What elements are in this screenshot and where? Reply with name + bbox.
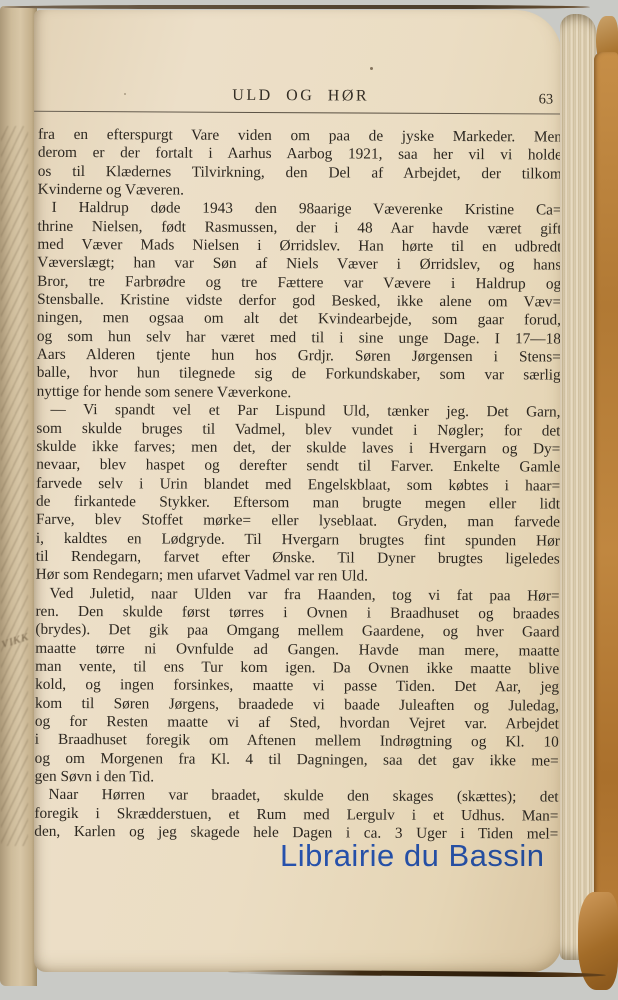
page-header: ULD OG HØR 63 xyxy=(38,86,563,109)
paper-speck xyxy=(124,93,126,95)
body-text: fra en efterspurgt Vare viden om paa de … xyxy=(34,126,562,844)
book-photo: VIKK ULD OG HØR 63 fra en efterspurgt Va… xyxy=(0,0,618,1000)
watermark: Librairie du Bassin xyxy=(280,838,545,874)
text-line: Farve, blev Stoffet mørke= eller lysebla… xyxy=(36,511,560,532)
text-line: nevaar, blev haspet og derefter sendt ti… xyxy=(36,456,560,477)
header-rule xyxy=(34,111,562,115)
paper-speck xyxy=(370,67,373,70)
page-content: ULD OG HØR 63 fra en efterspurgt Vare vi… xyxy=(30,10,563,975)
text-line: balle, hvor hun tilegnede sig de Forkund… xyxy=(37,364,561,385)
fore-edge-pages xyxy=(560,14,596,960)
text-line: derom er der fortalt i Aarhus Aarbog 192… xyxy=(38,144,562,165)
book-page: ULD OG HØR 63 fra en efterspurgt Vare vi… xyxy=(34,10,562,972)
text-line: kold, og ingen forsinkes, maatte vi pass… xyxy=(35,676,559,697)
text-line: — Vi spandt vel et Par Lispund Uld, tænk… xyxy=(36,401,560,422)
text-line: i Braadhuset foregik om Aftenen mellem I… xyxy=(35,731,559,752)
running-title: ULD OG HØR xyxy=(38,86,563,107)
text-line: Hør som Rendegarn; men ufarvet Vadmel va… xyxy=(36,566,560,587)
page-number: 63 xyxy=(539,91,554,108)
top-page-edge xyxy=(4,5,590,9)
text-line: Naar Hørren var braadet, skulde den skag… xyxy=(34,786,558,807)
text-line: I Haldrup døde 1943 den 98aarige Væveren… xyxy=(38,199,562,220)
text-line: ningen, men ogsaa om alt det Kvindearbej… xyxy=(37,309,561,330)
gutter-ghost-lines xyxy=(1,126,28,846)
text-line: (brydes). Det gik paa Omgang mellem Gaar… xyxy=(35,621,559,642)
text-line: Væverslægt; han var Søn af Niels Væver i… xyxy=(37,254,561,275)
cover-edge xyxy=(594,52,618,958)
